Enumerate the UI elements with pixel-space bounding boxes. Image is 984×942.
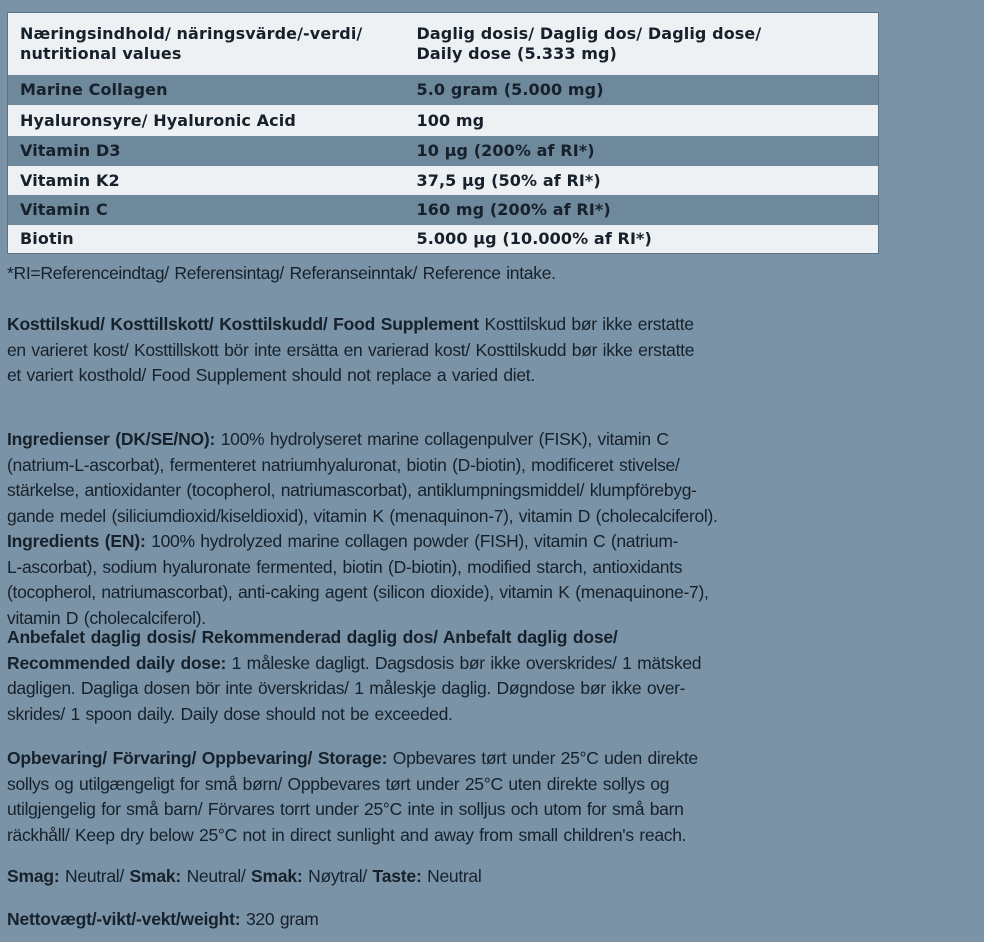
nutrient-name: Vitamin D3 (8, 136, 417, 166)
table-row: Biotin 5.000 µg (10.000% af RI*) (8, 225, 879, 254)
ingredients-en-line2: L-ascorbat), sodium hyaluronate fermente… (7, 557, 682, 577)
storage-line2: sollys og utilgængeligt for små børn/ Op… (7, 774, 669, 794)
reference-intake-footnote: *RI=Referenceindtag/ Referensintag/ Refe… (7, 261, 967, 287)
storage-line3: utilgjengelig for små barn/ Förvares tor… (7, 799, 684, 819)
ingredients-dk-label: Ingredienser (DK/SE/NO): (7, 429, 215, 449)
table-row: Vitamin D3 10 µg (200% af RI*) (8, 136, 879, 166)
recommended-dose-section: Anbefalet daglig dosis/ Rekommenderad da… (7, 625, 967, 727)
header-dose-line2: Daily dose (5.333 mg) (417, 44, 617, 63)
taste-se-value: Neutral/ (181, 866, 251, 886)
dosage-label-line2: Recommended daily dose: (7, 653, 226, 673)
weight-value: 320 gram (240, 909, 318, 929)
table-row: Vitamin K2 37,5 µg (50% af RI*) (8, 166, 879, 195)
supplement-text-line3: et variert kosthold/ Food Supplement sho… (7, 365, 535, 385)
taste-se-label: Smak: (129, 866, 181, 886)
nutrition-table: Næringsindhold/ näringsvärde/-verdi/nutr… (7, 12, 879, 254)
dosage-text-line2: 1 måleske dagligt. Dagsdosis bør ikke ov… (226, 653, 701, 673)
nutrient-value: 37,5 µg (50% af RI*) (417, 166, 879, 195)
supplement-text: Kosttilskud bør ikke erstatte (479, 314, 694, 334)
taste-section: Smag: Neutral/ Smak: Neutral/ Smak: Nøyt… (7, 864, 967, 890)
ingredients-dk-line4: gande medel (siliciumdioxid/kiseldioxid)… (7, 506, 718, 526)
nutrient-name: Vitamin C (8, 195, 417, 225)
ingredients-en-line3: (tocopherol, natriumascorbat), anti-caki… (7, 582, 709, 602)
header-nutrient: Næringsindhold/ näringsvärde/-verdi/nutr… (8, 13, 417, 76)
nutrient-value: 5.000 µg (10.000% af RI*) (417, 225, 879, 254)
nutrient-value: 5.0 gram (5.000 mg) (417, 75, 879, 105)
food-supplement-notice: Kosttilskud/ Kosttillskott/ Kosttilskudd… (7, 312, 967, 389)
nutrient-value: 160 mg (200% af RI*) (417, 195, 879, 225)
ingredients-dk-line2: (natrium-L-ascorbat), fermenteret natriu… (7, 455, 680, 475)
net-weight-section: Nettovægt/-vikt/-vekt/weight: 320 gram (7, 907, 967, 933)
table-row: Marine Collagen 5.0 gram (5.000 mg) (8, 75, 879, 105)
nutrient-name: Marine Collagen (8, 75, 417, 105)
nutrient-name: Vitamin K2 (8, 166, 417, 195)
taste-dk-label: Smag: (7, 866, 59, 886)
table-row: Vitamin C 160 mg (200% af RI*) (8, 195, 879, 225)
nutrient-value: 100 mg (417, 105, 879, 136)
dosage-text-line4: skrides/ 1 spoon daily. Daily dose shoul… (7, 704, 453, 724)
supplement-text-line2: en varieret kost/ Kosttillskott bör inte… (7, 340, 694, 360)
header-nutrient-line1: Næringsindhold/ näringsvärde/-verdi/ (20, 24, 362, 43)
dosage-text-line3: dagligen. Dagliga dosen bör inte överskr… (7, 678, 685, 698)
dosage-label-line1: Anbefalet daglig dosis/ Rekommenderad da… (7, 627, 618, 647)
header-dose: Daglig dosis/ Daglig dos/ Daglig dose/Da… (417, 13, 879, 76)
table-header-row: Næringsindhold/ näringsvärde/-verdi/nutr… (8, 13, 879, 76)
table-row: Hyaluronsyre/ Hyaluronic Acid 100 mg (8, 105, 879, 136)
taste-dk-value: Neutral/ (59, 866, 129, 886)
storage-line4: räckhåll/ Keep dry below 25°C not in dir… (7, 825, 686, 845)
storage-section: Opbevaring/ Förvaring/ Oppbevaring/ Stor… (7, 746, 967, 848)
storage-label: Opbevaring/ Förvaring/ Oppbevaring/ Stor… (7, 748, 387, 768)
nutrient-name: Biotin (8, 225, 417, 254)
taste-en-value: Neutral (422, 866, 482, 886)
nutrient-value: 10 µg (200% af RI*) (417, 136, 879, 166)
storage-line1: Opbevares tørt under 25°C uden direkte (387, 748, 698, 768)
taste-en-label: Taste: (373, 866, 422, 886)
header-nutrient-line2: nutritional values (20, 44, 181, 63)
ingredients-en-label: Ingredients (EN): (7, 531, 146, 551)
ingredients-dk-line3: stärkelse, antioxidanter (tocopherol, na… (7, 480, 697, 500)
ingredients-dk-line1: 100% hydrolyseret marine collagenpulver … (215, 429, 669, 449)
supplement-label: Kosttilskud/ Kosttillskott/ Kosttilskudd… (7, 314, 479, 334)
taste-no-label: Smak: (251, 866, 303, 886)
header-dose-line1: Daglig dosis/ Daglig dos/ Daglig dose/ (417, 24, 762, 43)
weight-label: Nettovægt/-vikt/-vekt/weight: (7, 909, 240, 929)
taste-no-value: Nøytral/ (303, 866, 373, 886)
nutrient-name: Hyaluronsyre/ Hyaluronic Acid (8, 105, 417, 136)
ingredients-en-line1: 100% hydrolyzed marine collagen powder (… (146, 531, 679, 551)
ingredients-section: Ingredienser (DK/SE/NO): 100% hydrolyser… (7, 427, 967, 631)
